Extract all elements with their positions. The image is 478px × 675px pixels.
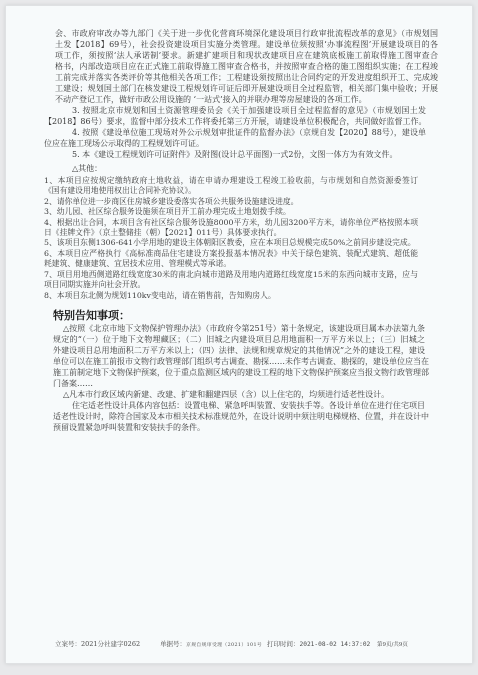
print-time-label: 打印时间：	[267, 640, 300, 648]
footer-print-time: 打印时间：2021-08-02 14:37:02	[267, 640, 370, 649]
text-line: 单位可以在施工前报市文物行政管理部门组织考古调查、勘探……未作考古调查、勘探的，…	[53, 356, 425, 367]
text-line: 不动产登记工作，做好市政公用设施的 ‘一站式’接入的并联办理等房屋建设的各项工作…	[55, 94, 438, 105]
text-line: 《国有建设用地使用权出让合同补充协议》。	[44, 186, 418, 196]
clause-3: 3. 按照北京市规划和国土资源管理委员会《关于加强建设项目全过程监督的意见》（市…	[44, 105, 426, 127]
text-line: 项目同期实施并向社会开放。	[44, 280, 418, 290]
list-item: 1、本项目应按规定缴纳政府土地收益，请在申请办理建设工程竣工验收前，与市规划和自…	[44, 176, 418, 197]
notice-item-elderly-design-details: 住宅适老性设计具体内容包括：设置电梯、紧急呼叫装置、安装扶手等。各设计单位在进行…	[53, 400, 425, 433]
document-number-value: 京规自规审受理（2021）101号	[186, 643, 262, 648]
clause-4: 4. 按照《建设单位施工现场对外公示规划审批证件的监督办法》（京规自发【2020…	[44, 127, 426, 149]
text-line: 工前完成并落实各类评价等其他相关各项工作；工程建设须按照出让合同约定的开发进度组…	[55, 72, 438, 83]
text-line: 土发【2018】69号），社会投资建设项目实施分类管理。建设单位须按照‘办事流程…	[55, 39, 438, 50]
text-line: 3、幼儿园、社区综合服务设施须在项目开工前办理完成土地划拨手续。	[44, 207, 418, 217]
continuation-paragraph: 会、市政府审改办等九部门《关于进一步优化营商环境深化建设项目行政审批流程改革的意…	[55, 28, 438, 105]
notice-item-elderly-design: △凡本市行政区域内新建、改建、扩建和翻建四层（含）以上住宅的，均须进行适老性设计…	[53, 389, 425, 400]
text-line: 预留设置紧急呼叫装置和安装扶手的条件。	[53, 422, 425, 433]
list-item: 6、本项目应严格执行《高标准商品住宅建设方案投报基本情况表》中关于绿色建筑、装配…	[44, 249, 418, 270]
list-item: 8、本项目东北侧为规划110kv变电站，请在销售前，告知购房人。	[44, 291, 418, 301]
special-notice-section: △按照《北京市地下文物保护管理办法》（市政府令第251号）第十条规定，该建设项目…	[53, 323, 425, 433]
text-line: 8、本项目东北侧为规划110kv变电站，请在销售前，告知购房人。	[44, 291, 418, 301]
text-line: 位应在施工现场公示取得的工程规划许可证。	[44, 138, 426, 149]
text-line: 住宅适老性设计具体内容包括：设置电梯、紧急呼叫装置、安装扶手等。各设计单位在进行…	[53, 400, 425, 411]
notice-item-cultural-relics: △按照《北京市地下文物保护管理办法》（市政府令第251号）第十条规定，该建设项目…	[53, 323, 425, 389]
print-time-value: 2021-08-02 14:37:02	[300, 641, 371, 648]
footer-document-number: 单据号：京规自规审受理（2021）101号	[160, 640, 262, 650]
clause-5: 5. 本《建设工程规划许可证附件》及附图(设计总平面图)一式2份，文图一体方为有…	[44, 149, 426, 160]
text-line: 日《挂牌文件》（京土整储挂（朝）【2021】011号）具体要求执行。	[44, 228, 418, 238]
text-line: 施工前制定地下文物保护预案，位于重点监测区域内的建设工程的地下文物保护预案应当报…	[53, 367, 425, 378]
text-line: 1、本项目应按规定缴纳政府土地收益，请在申请办理建设工程竣工验收前，与市规划和自…	[44, 176, 418, 186]
text-line: 3. 按照北京市规划和国土资源管理委员会《关于加强建设项目全过程监督的意见》（市…	[44, 105, 426, 116]
text-line: 工建设；规划国土部门在核发建设工程规划许可证后即开展建设项目全过程监管，相关部门…	[55, 83, 438, 94]
list-item: 4、根据出让合同，本项目含有社区综合服务设施8000平方米，幼儿园3200平方米…	[44, 218, 418, 239]
text-line: 项工作，须按照‘法人承诺制’要求。新建扩建项目和现状改建项目应在建筑底板施工前取…	[55, 50, 438, 61]
text-line: 耗建筑、健康建筑、宜居技术应用、管理模式等承诺。	[44, 259, 418, 269]
text-line: 6、本项目应严格执行《高标准商品住宅建设方案投报基本情况表》中关于绿色建筑、装配…	[44, 249, 418, 259]
list-item: 5、该项目东侧1306-641小学用地的建设主体朝阳区教委，应在本项目总规模完成…	[44, 238, 418, 248]
document-number-label: 单据号：	[160, 640, 186, 648]
other-heading: △其他：	[72, 163, 102, 174]
footer-case-number: 立案号：2021分社建字0262	[55, 640, 140, 648]
text-line: 外建设项目总用地面积二万平方米以上；（四）法律、法规和规章规定的其他情况”之外的…	[53, 345, 425, 356]
text-line: 5. 本《建设工程规划许可证附件》及附图(设计总平面图)一式2份，文图一体方为有…	[44, 149, 426, 160]
special-notice-heading: 特别告知事项：	[53, 309, 130, 322]
case-number-value: 2021分社建字0262	[81, 640, 140, 648]
text-line: 5、该项目东侧1306-641小学用地的建设主体朝阳区教委，应在本项目总规模完成…	[44, 238, 418, 248]
text-line: 会、市政府审改办等九部门《关于进一步优化营商环境深化建设项目行政审批流程改革的意…	[55, 28, 438, 39]
list-item: 7、项目用地西侧道路红线宽度30米的南北向城市道路及用地内道路红线宽度15米的东…	[44, 270, 418, 291]
text-line: △按照《北京市地下文物保护管理办法》（市政府令第251号）第十条规定，该建设项目…	[53, 323, 425, 334]
text-line: 【2018】86号）要求，监督中部分技术工作将委托第三方开展，请建设单位积极配合…	[44, 116, 426, 127]
text-line: 7、项目用地西侧道路红线宽度30米的南北向城市道路及用地内道路红线宽度15米的东…	[44, 270, 418, 280]
text-line: 2、请你单位进一步商区住房城乡建设委落实各项公共服务设施建设进度。	[44, 197, 418, 207]
list-item: 2、请你单位进一步商区住房城乡建设委落实各项公共服务设施建设进度。	[44, 197, 418, 207]
other-items-list: 1、本项目应按规定缴纳政府土地收益，请在申请办理建设工程竣工验收前，与市规划和自…	[44, 176, 418, 301]
case-number-label: 立案号：	[55, 640, 81, 648]
text-line: 适老性设计时，除符合国家及本市相关技术标准规范外，在设计说明中须注明电梯规格、位…	[53, 411, 425, 422]
text-line: 4. 按照《建设单位施工现场对外公示规划审批证件的监督办法》（京规自发【2020…	[44, 127, 426, 138]
text-line: 4、根据出让合同，本项目含有社区综合服务设施8000平方米，幼儿园3200平方米…	[44, 218, 418, 228]
text-line: 门备案……	[53, 378, 425, 389]
footer-page-info: 第9页/共9页	[377, 641, 408, 649]
text-line: 格书，内部改造项目应在正式施工前取得施工图审查合格书，并按照审查合格的施工图组织…	[55, 61, 438, 72]
list-item: 3、幼儿园、社区综合服务设施须在项目开工前办理完成土地划拨手续。	[44, 207, 418, 217]
text-line: 规定的“（一）位于地下文物埋藏区；（二）旧城之内建设项目总用地面积一万平方米以上…	[53, 334, 425, 345]
text-line: △凡本市行政区域内新建、改建、扩建和翻建四层（含）以上住宅的，均须进行适老性设计…	[53, 389, 425, 400]
clauses-section: 3. 按照北京市规划和国土资源管理委员会《关于加强建设项目全过程监督的意见》（市…	[44, 105, 426, 160]
